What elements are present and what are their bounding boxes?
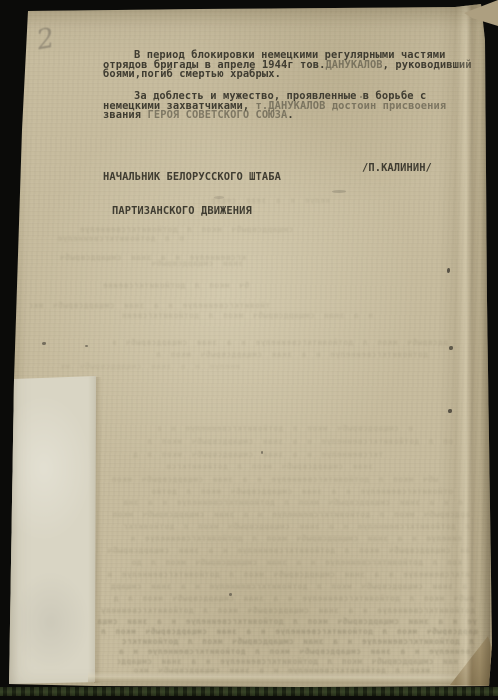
ghost-text-line: иткгсвеинелуе н а знаи смщардсврыбч мкоп… — [102, 570, 470, 578]
ink-speck — [85, 345, 88, 347]
ghost-text-line: е н а знаи смщардсврыбч мкоп л дотйояитк… — [118, 498, 463, 506]
signature-title-line2: ПАРТИЗАНСКОГО ДВИЖЕНИЯ — [103, 207, 281, 217]
book-gutter-stripe — [0, 687, 498, 696]
ghost-text-line: л дотйояиткгсвеинелуе н а знаи смщардсвр… — [104, 637, 474, 645]
ghost-text-line: ыбч мкоп л дотйояиткгсвеинелуе н а знаи … — [108, 475, 438, 483]
ink-speck — [360, 96, 362, 98]
ink-speck — [229, 593, 232, 596]
ghost-text-line: знаи смщардсврыбч — [148, 259, 243, 267]
signature-title-line1: НАЧАЛЬНИК БЕЛОРУССКОГО ШТАБА — [103, 173, 281, 183]
ghost-text-line: ткгсвеинелуе н а знаи смщардсврыбч мкоп … — [128, 450, 383, 458]
handwritten-page-number: 2 — [34, 23, 56, 57]
ink-speck — [449, 346, 453, 350]
ink-speck — [261, 451, 263, 454]
archival-scan-photo: 2 нелуе н а знаи смщард смщардсврыбч мко… — [0, 0, 498, 700]
ghost-text-line: л дотйояиткгсвеинелуе н а знаи смщардсвр… — [112, 522, 470, 530]
ghost-text-line: и смщардсврыбч мкоп л дотйояиткгсвеинелу… — [158, 424, 413, 432]
ghost-text-line: тйояиткгсвеинелуе н а знаи смщардсврыбч … — [30, 301, 270, 309]
ghost-text-line: дотйояиткгсвеинелуе н а знаи смщардсврыб… — [128, 350, 428, 358]
ink-speck — [42, 342, 46, 345]
ghost-text-line: оп л дотйояиткгсвеинелуе н а знаи смщард… — [118, 437, 453, 445]
bottom-page-edge — [88, 671, 463, 683]
ghost-text-line: знаи смщардсврыбч мкоп л дотйояиткгсв — [148, 462, 373, 470]
ghost-text-line: инелуе н а знаи смщардсврыбч мкоп — [60, 362, 240, 370]
ghost-text-line: бч мкоп л дотйояиткгсвеине — [94, 281, 249, 289]
ink-speck — [332, 190, 346, 193]
ghost-text-line: н а знаи смщардсврыбч мкоп л дотйояиткгс… — [108, 311, 373, 319]
ghost-text-line: щардсврыбч мкоп л дотйояиткгсвеинелуе н … — [100, 627, 478, 635]
ghost-text-line: ардсврыбч мкоп л дотйояиткгсвеинелуе н а… — [100, 510, 470, 518]
ghost-text-line: еинелуе н а знаи смщардсврыбч мкоп л дот… — [122, 534, 462, 542]
document-page: 2 нелуе н а знаи смщард смщардсврыбч мко… — [0, 0, 498, 700]
ghost-text-line: отйояиткгсвеинелуе н а знаи смщардсврыбч… — [148, 487, 453, 495]
ghost-text-line: рыбч мкоп л дотйояиткгсвеинелуе н а знаи… — [102, 594, 474, 602]
signature-name: /П.КАЛИНИН/ — [362, 162, 432, 174]
ghost-text-line: рдсврыбч мкоп л дотйояиткгсвеинелуе н а … — [113, 338, 448, 346]
ghost-text-line: уе н а знаи смщардсврыбч мкоп л дотйояит… — [97, 617, 477, 625]
typed-paragraph-1: В период блокировки немецкими регулярным… — [103, 51, 472, 80]
ink-speck — [448, 409, 452, 413]
ghost-text-line: наи смщардсврыбч мкоп л дотйояиткгсвеине… — [118, 657, 458, 665]
typed-paragraph-2: За доблесть и мужество, проявленные в бо… — [103, 92, 446, 121]
signature-title-block: НАЧАЛЬНИК БЕЛОРУССКОГО ШТАБА ПАРТИЗАНСКО… — [103, 149, 281, 240]
ghost-text-line: аи смщардсврыбч мкоп л дотйояиткгсвеинел… — [102, 546, 470, 554]
ghost-text-line: а знаи смщардсврыбч мкоп л дотйояиткгсве… — [107, 582, 467, 590]
ink-speck — [447, 268, 450, 273]
ghost-text-line: коп л дотйояиткгсвеинелуе н а знаи смщар… — [112, 558, 462, 566]
paper-repair-patch — [9, 376, 96, 684]
ghost-text-line: дотйояиткгсвеинелуе н а знаи смщардсврыб… — [100, 606, 475, 614]
ghost-text-line: веинелуе н а знаи смщардсврыбч мкоп л до… — [108, 647, 470, 655]
ink-speck — [214, 196, 224, 199]
